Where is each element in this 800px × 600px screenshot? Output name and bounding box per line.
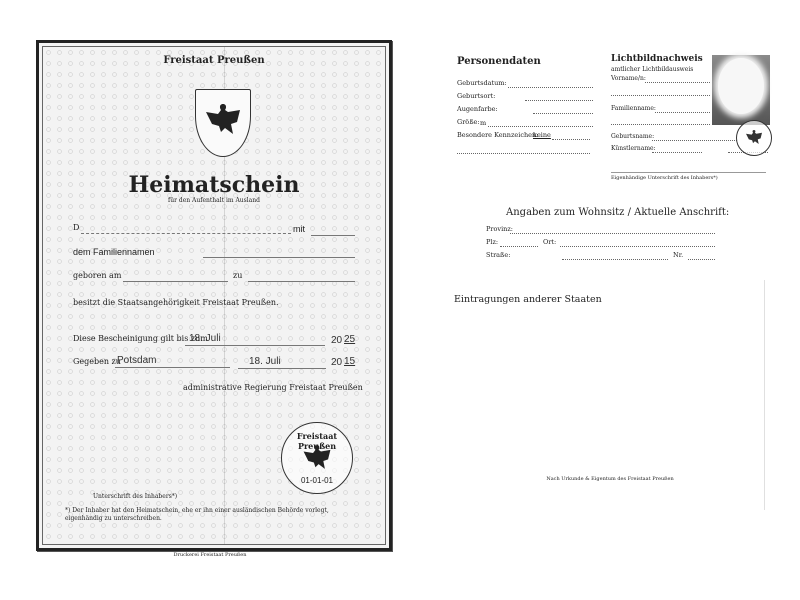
issued-place: Potsdam xyxy=(117,355,156,366)
footnote: *) Der Inhaber hat den Heimatschein, ehe… xyxy=(65,507,355,523)
first-name-field[interactable] xyxy=(645,82,710,83)
birth-name-field[interactable] xyxy=(652,140,737,141)
other-states-area[interactable] xyxy=(454,312,764,462)
state-heading: Freistaat Preußen xyxy=(43,55,385,66)
house-number-label: Nr. xyxy=(673,251,683,259)
holder-signature-label: Eigenhändige Unterschrift des Inhabers*) xyxy=(611,175,718,181)
birth-date-field[interactable] xyxy=(508,87,593,88)
city-field[interactable] xyxy=(560,246,715,247)
name-line[interactable] xyxy=(81,233,291,234)
holder-signature-line[interactable] xyxy=(611,172,766,173)
issued-date: 18. Juli xyxy=(249,356,281,367)
birth-date-label: Geburtsdatum: xyxy=(457,79,507,87)
photo-id-subtitle: amtlicher Lichtbildausweis xyxy=(611,66,693,73)
address-title: Angaben zum Wohnsitz / Aktuelle Anschrif… xyxy=(506,207,729,218)
issued-century: 20 xyxy=(331,357,342,368)
validity-label: Diese Bescheinigung gilt bis zum xyxy=(73,334,208,343)
artist-name-label: Künstlername: xyxy=(611,145,656,152)
heimatschein-front-page: Freistaat Preußen Heimatschein für den A… xyxy=(36,40,392,551)
eagle-icon xyxy=(204,102,242,136)
birth-name-label: Geburtsname: xyxy=(611,133,654,140)
special-marks-field[interactable] xyxy=(552,139,590,140)
issued-label: Gegeben zu xyxy=(73,357,121,366)
photo-id-title: Lichtbildnachweis xyxy=(611,54,703,64)
citizenship-text: besitzt die Staatsangehörigkeit Freistaa… xyxy=(73,298,279,307)
first-name-label: Vorname/n: xyxy=(611,75,646,82)
mit-label: mit xyxy=(293,224,305,234)
photo-stamp xyxy=(736,120,772,156)
other-states-title: Eintragungen anderer Staaten xyxy=(454,294,602,305)
printer-imprint: Druckerei Freistaat Preußen xyxy=(0,552,420,558)
eye-color-field[interactable] xyxy=(533,113,593,114)
family-name-line[interactable] xyxy=(203,257,355,258)
city-label: Ort: xyxy=(543,238,556,246)
height-label: Größe: xyxy=(457,118,480,126)
signature-label: Unterschrift des Inhabers*) xyxy=(93,493,177,501)
birth-place-field[interactable] xyxy=(525,100,593,101)
province-field[interactable] xyxy=(510,233,715,234)
issued-year: 15 xyxy=(344,356,355,367)
zip-field[interactable] xyxy=(500,246,538,247)
zip-label: Plz: xyxy=(486,238,498,246)
special-marks-value: keine xyxy=(533,131,551,139)
special-marks-label: Besondere Kennzeichen: xyxy=(457,131,538,139)
family-name-label: dem Familiennamen xyxy=(73,247,155,257)
issued-date-line xyxy=(238,368,326,369)
eye-color-label: Augenfarbe: xyxy=(457,105,498,113)
artist-name-field[interactable] xyxy=(652,152,702,153)
validity-century: 20 xyxy=(331,335,342,346)
family-name-extra-field[interactable] xyxy=(611,124,710,125)
validity-year: 25 xyxy=(344,334,355,345)
zu-label: zu xyxy=(233,271,242,280)
born-place-line[interactable] xyxy=(248,281,355,282)
family-name-field[interactable] xyxy=(655,112,710,113)
personal-data-title: Personendaten xyxy=(457,56,541,67)
special-marks-extra-field[interactable] xyxy=(457,153,590,154)
issuing-authority: administrative Regierung Freistaat Preuß… xyxy=(183,383,363,392)
coat-of-arms-shield xyxy=(195,89,251,157)
street-label: Straße: xyxy=(486,251,510,259)
born-date-line[interactable] xyxy=(123,281,228,282)
street-field[interactable] xyxy=(562,259,668,260)
stamp-eagle-icon xyxy=(745,129,763,145)
stamp-eagle-icon xyxy=(302,443,332,471)
validity-line xyxy=(185,345,325,346)
official-stamp: Freistaat Preußen 01-01-01 xyxy=(281,422,353,494)
heimatschein-back-page: Personendaten Geburtsdatum: Geburtsort: … xyxy=(420,0,800,600)
salutation-prefix: D xyxy=(73,223,79,232)
document-subtitle: für den Aufenthalt im Ausland xyxy=(43,197,385,204)
birth-place-label: Geburtsort: xyxy=(457,92,495,100)
height-field[interactable] xyxy=(488,126,593,127)
document-title: Heimatschein xyxy=(43,172,385,198)
stamp-code: 01-01-01 xyxy=(282,476,352,485)
first-name-extra-field[interactable] xyxy=(611,95,710,96)
guilloche-background: Freistaat Preußen Heimatschein für den A… xyxy=(42,46,386,545)
back-footer: Nach Urkunde & Eigentum des Freistaat Pr… xyxy=(420,476,800,482)
province-label: Provinz: xyxy=(486,225,513,233)
passport-photo xyxy=(712,55,770,125)
issued-place-line xyxy=(115,367,230,368)
validity-date: 18. Juli xyxy=(189,333,221,344)
born-label: geboren am xyxy=(73,271,121,280)
house-number-field[interactable] xyxy=(688,259,715,260)
mit-line[interactable] xyxy=(311,235,355,236)
blurred-face xyxy=(718,58,764,114)
height-unit: m xyxy=(480,119,486,127)
family-name-label-right: Familienname: xyxy=(611,105,656,112)
